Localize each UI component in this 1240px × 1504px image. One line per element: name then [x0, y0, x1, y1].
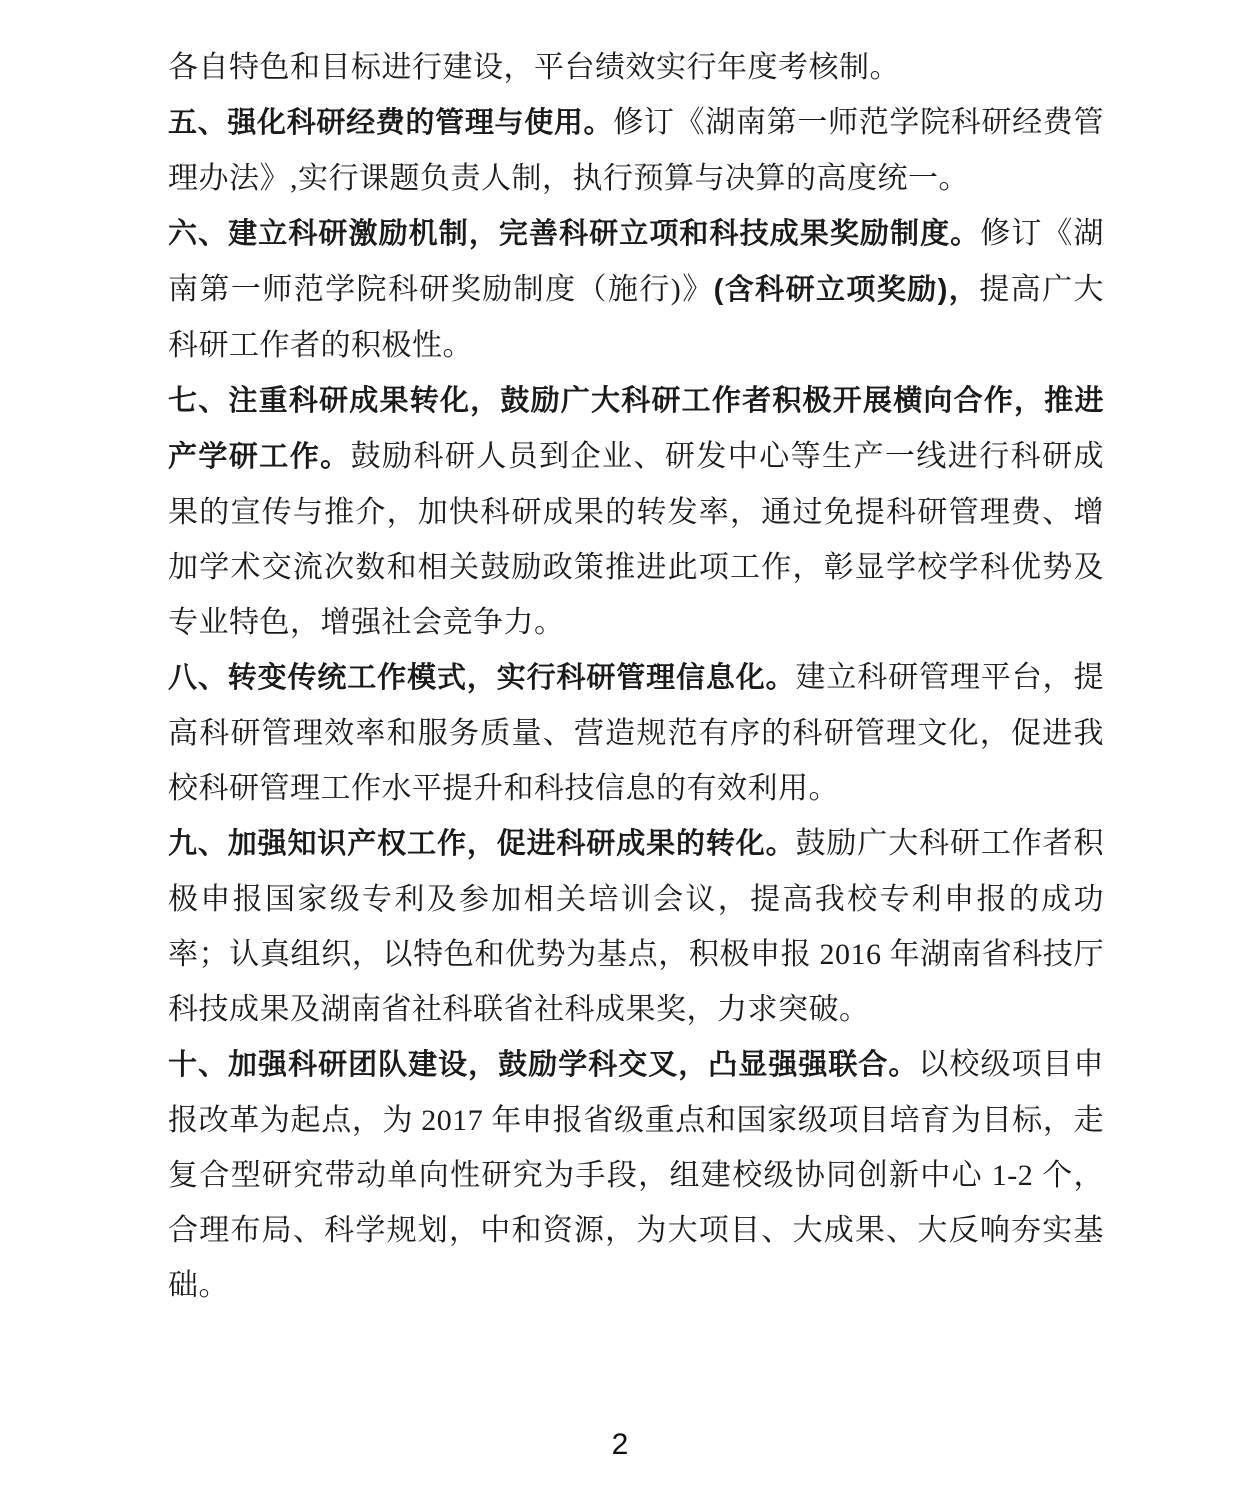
document-page: 各自特色和目标进行建设，平台绩效实行年度考核制。 五、强化科研经费的管理与使用。…	[0, 0, 1240, 1504]
paragraph-section-9: 九、加强知识产权工作，促进科研成果的转化。鼓励广大科研工作者积极申报国家级专利及…	[168, 816, 1104, 1037]
paragraph-section-7: 七、注重科研成果转化，鼓励广大科研工作者积极开展横向合作，推进产学研工作。鼓励科…	[168, 373, 1104, 650]
page-number: 2	[0, 1428, 1240, 1462]
paragraph-section-5: 五、强化科研经费的管理与使用。修订《湖南第一师范学院科研经费管理办法》,实行课题…	[168, 95, 1104, 206]
text-run: 以校级项目申报改革为起点，为 2017 年申报省级重点和国家级项目培育为目标，走…	[168, 1048, 1104, 1302]
document-body: 各自特色和目标进行建设，平台绩效实行年度考核制。 五、强化科研经费的管理与使用。…	[168, 40, 1104, 1313]
paragraph-section-10: 十、加强科研团队建设，鼓励学科交叉，凸显强强联合。以校级项目申报改革为起点，为 …	[168, 1037, 1104, 1313]
paragraph-continuation: 各自特色和目标进行建设，平台绩效实行年度考核制。	[168, 40, 1104, 95]
section-heading: 十、加强科研团队建设，鼓励学科交叉，凸显强强联合。	[168, 1049, 918, 1081]
section-heading: 五、强化科研经费的管理与使用。	[168, 107, 613, 139]
paragraph-section-8: 八、转变传统工作模式，实行科研管理信息化。建立科研管理平台，提高科研管理效率和服…	[168, 650, 1104, 816]
bold-text-run: (含科研立项奖励)，	[714, 274, 980, 306]
section-heading: 八、转变传统工作模式，实行科研管理信息化。	[168, 662, 796, 694]
text-run: 各自特色和目标进行建设，平台绩效实行年度考核制。	[168, 51, 900, 84]
paragraph-section-6: 六、建立科研激励机制，完善科研立项和科技成果奖励制度。修订《湖南第一师范学院科研…	[168, 206, 1104, 373]
section-heading: 九、加强知识产权工作，促进科研成果的转化。	[168, 828, 796, 860]
section-heading: 六、建立科研激励机制，完善科研立项和科技成果奖励制度。	[168, 218, 980, 250]
